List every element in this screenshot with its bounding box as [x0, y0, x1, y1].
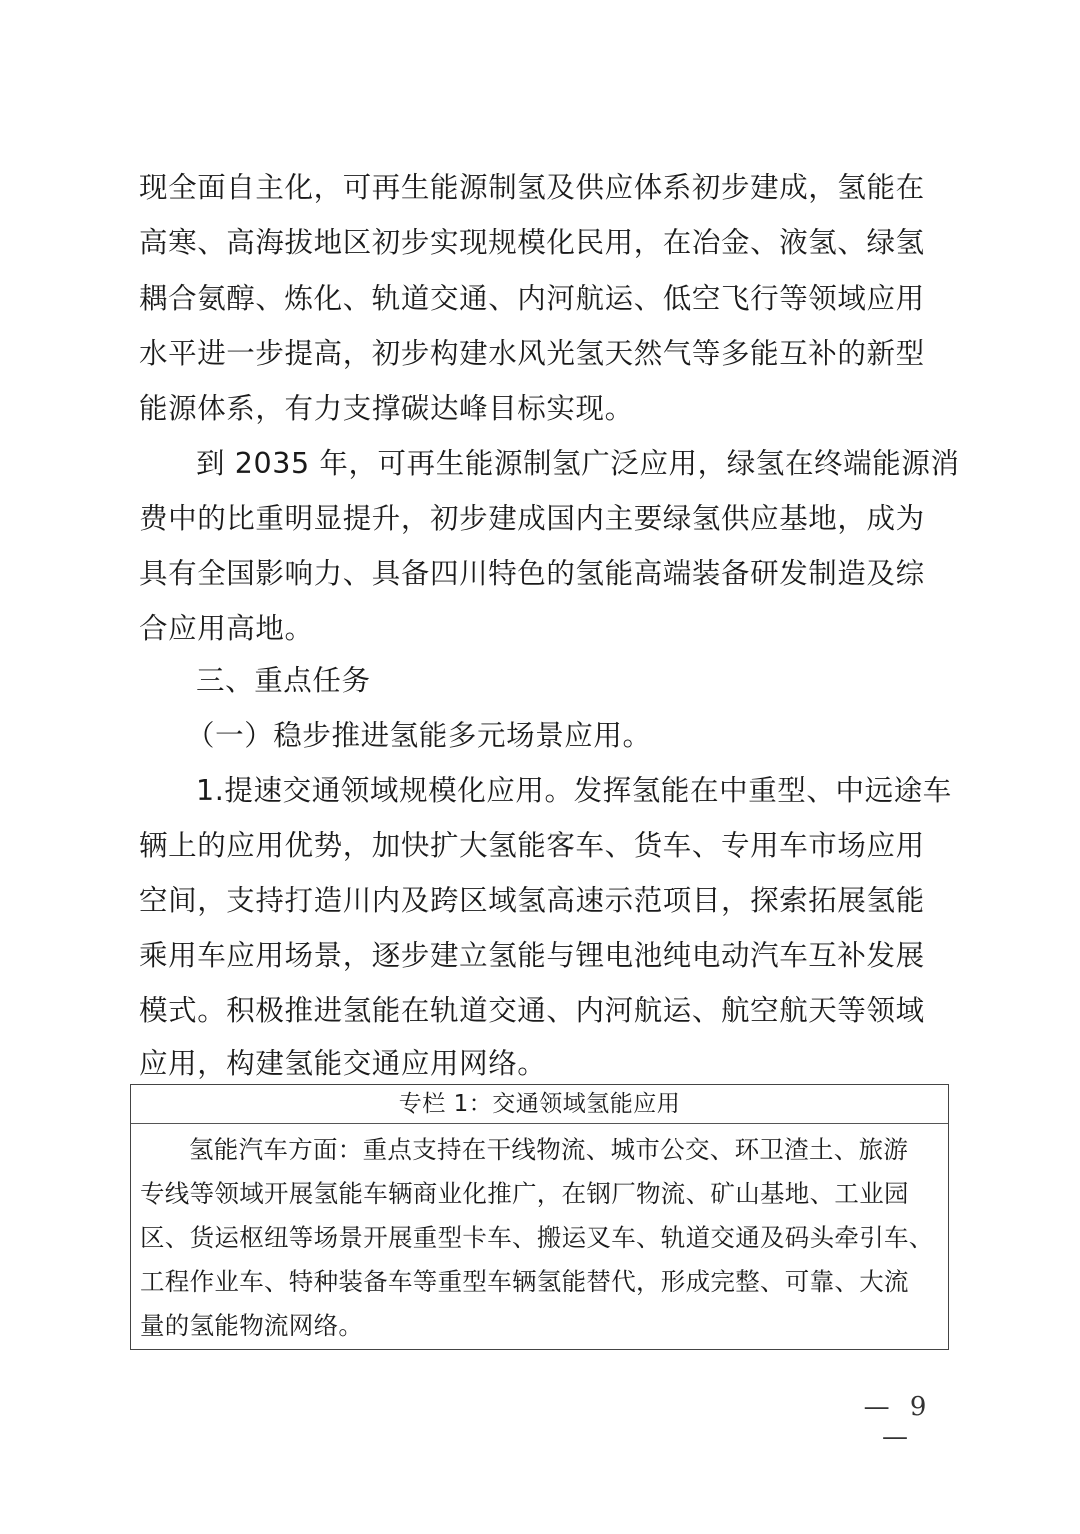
text-line: 1.提速交通领域规模化应用。发挥氢能在中重型、中远途车 — [196, 771, 941, 811]
subsection-heading: （一）稳步推进氢能多元场景应用。 — [186, 716, 988, 756]
text-line: 乘用车应用场景，逐步建立氢能与锂电池纯电动汽车互补发展 — [139, 936, 941, 976]
box-text-line: 量的氢能物流网络。 — [140, 1309, 363, 1343]
box-text-line: 区、货运枢纽等场景开展重型卡车、搬运叉车、轨道交通及码头牵引车、 — [140, 1221, 934, 1255]
text-line: 具有全国影响力、具备四川特色的氢能高端装备研发制造及综 — [139, 554, 941, 594]
text-line: 应用，构建氢能交通应用网络。 — [139, 1044, 941, 1084]
page-number: — 9 — — [848, 1392, 948, 1452]
text-line: 空间，支持打造川内及跨区域氢高速示范项目，探索拓展氢能 — [139, 881, 941, 921]
column-box: 专栏 1：交通领域氢能应用 氢能汽车方面：重点支持在干线物流、城市公交、环卫渣土… — [130, 1084, 949, 1350]
text-line: 合应用高地。 — [139, 609, 941, 649]
box-text-line: 氢能汽车方面：重点支持在干线物流、城市公交、环卫渣土、旅游 — [189, 1133, 908, 1167]
text-line: 能源体系，有力支撑碳达峰目标实现。 — [139, 389, 941, 429]
text-line: 耦合氨醇、炼化、轨道交通、内河航运、低空飞行等领域应用 — [139, 279, 941, 319]
column-box-title: 专栏 1：交通领域氢能应用 — [131, 1085, 948, 1124]
box-text-line: 专线等领域开展氢能车辆商业化推广，在钢厂物流、矿山基地、工业园 — [140, 1177, 909, 1211]
text-line: 水平进一步提高，初步构建水风光氢天然气等多能互补的新型 — [139, 334, 941, 374]
text-line: 模式。积极推进氢能在轨道交通、内河航运、航空航天等领域 — [139, 991, 941, 1031]
section-heading: 三、重点任务 — [196, 661, 941, 701]
text-line: 现全面自主化，可再生能源制氢及供应体系初步建成，氢能在 — [139, 168, 941, 208]
text-line: 费中的比重明显提升，初步建成国内主要绿氢供应基地，成为 — [139, 499, 941, 539]
text-line: 到 2035 年，可再生能源制氢广泛应用，绿氢在终端能源消 — [196, 444, 941, 484]
text-line: 辆上的应用优势，加快扩大氢能客车、货车、专用车市场应用 — [139, 826, 941, 866]
text-line: 高寒、高海拔地区初步实现规模化民用，在冶金、液氢、绿氢 — [139, 223, 941, 263]
box-text-line: 工程作业车、特种装备车等重型车辆氢能替代，形成完整、可靠、大流 — [140, 1265, 909, 1299]
